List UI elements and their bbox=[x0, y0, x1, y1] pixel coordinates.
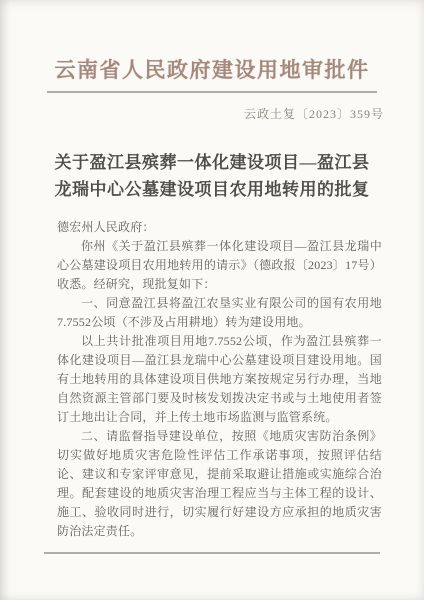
paragraph-item-1: 一、同意盈江县将盈江农垦实业有限公司的国有农用地7.7552公顷（不涉及占用耕地… bbox=[57, 294, 382, 332]
salutation: 德宏州人民政府： bbox=[57, 218, 382, 237]
document-title-line1: 关于盈江县殡葬一体化建设项目—盈江县 bbox=[55, 153, 370, 172]
document-title: 关于盈江县殡葬一体化建设项目—盈江县 龙瑞中心公墓建设项目农用地转用的批复 bbox=[36, 149, 388, 203]
paragraph-item-2: 二、请监督指导建设单位，按照《地质灾害防治条例》切实做好地质灾害危险性评估工作承… bbox=[57, 427, 382, 541]
document-body: 德宏州人民政府： 你州《关于盈江县殡葬一体化建设项目—盈江县龙瑞中心公墓建设项目… bbox=[57, 218, 382, 541]
paragraph-intro: 你州《关于盈江县殡葬一体化建设项目—盈江县龙瑞中心公墓建设项目农用地转用的请示》… bbox=[57, 237, 382, 294]
header-divider bbox=[47, 91, 377, 93]
document-header-title: 云南省人民政府建设用地审批件 bbox=[30, 54, 394, 84]
footer-divider bbox=[44, 552, 380, 554]
document-number: 云政土复〔2023〕359号 bbox=[0, 105, 384, 122]
paragraph-land-use: 以上共计批准项目用地7.7552公顷，作为盈江县殡葬一体化建设项目—盈江县龙瑞中… bbox=[57, 332, 382, 427]
scan-edge-shading bbox=[0, 0, 10, 600]
document-title-line2: 龙瑞中心公墓建设项目农用地转用的批复 bbox=[55, 180, 370, 199]
document-page: 云南省人民政府建设用地审批件 云政土复〔2023〕359号 关于盈江县殡葬一体化… bbox=[0, 0, 424, 600]
